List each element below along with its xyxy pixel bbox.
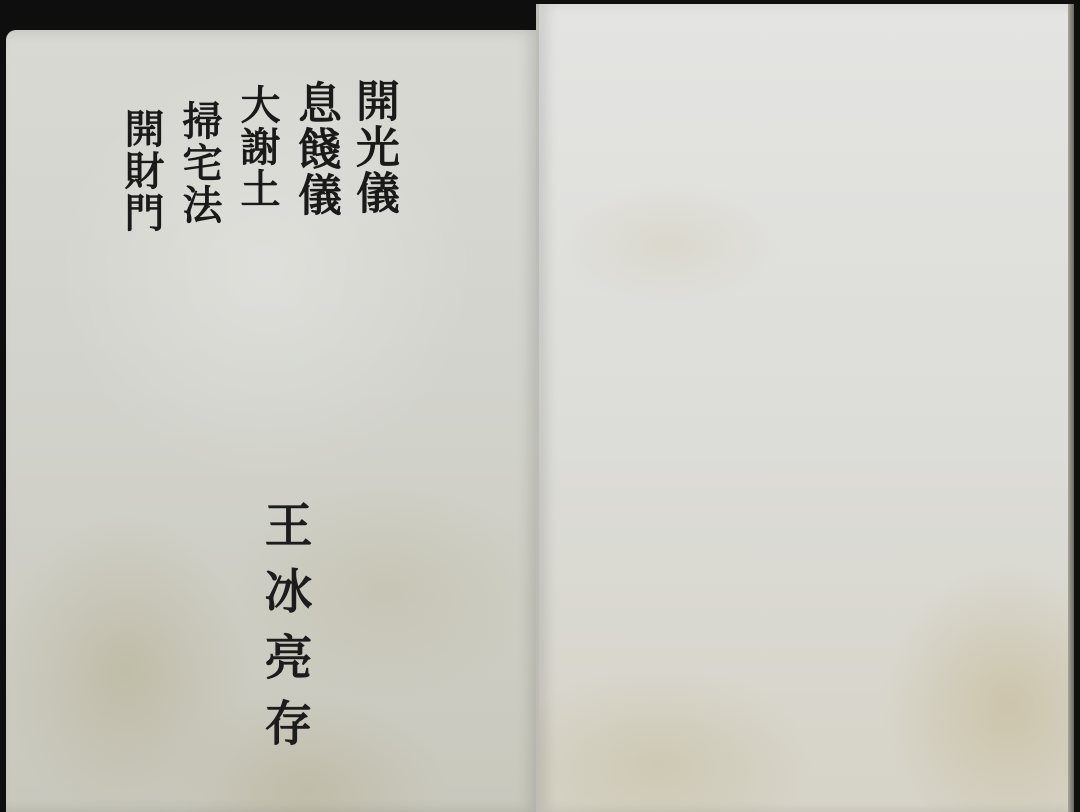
page-edge [1068, 4, 1074, 812]
title-column-daxietu: 大謝土 [232, 84, 282, 234]
right-page [536, 4, 1074, 812]
owner-inscription: 王冰亮存 [258, 500, 310, 764]
contents-list: 開光儀 息餞儀 大謝土 掃宅法 開財門 [116, 78, 398, 234]
title-column-xijian: 息餞儀 [290, 80, 340, 234]
title-column-kaiguang: 開光儀 [348, 78, 398, 234]
title-column-saozhai: 掃宅法 [174, 100, 224, 234]
title-column-kaicaimen: 開財門 [116, 108, 166, 234]
left-page: 開光儀 息餞儀 大謝土 掃宅法 開財門 王冰亮存 [6, 30, 538, 812]
